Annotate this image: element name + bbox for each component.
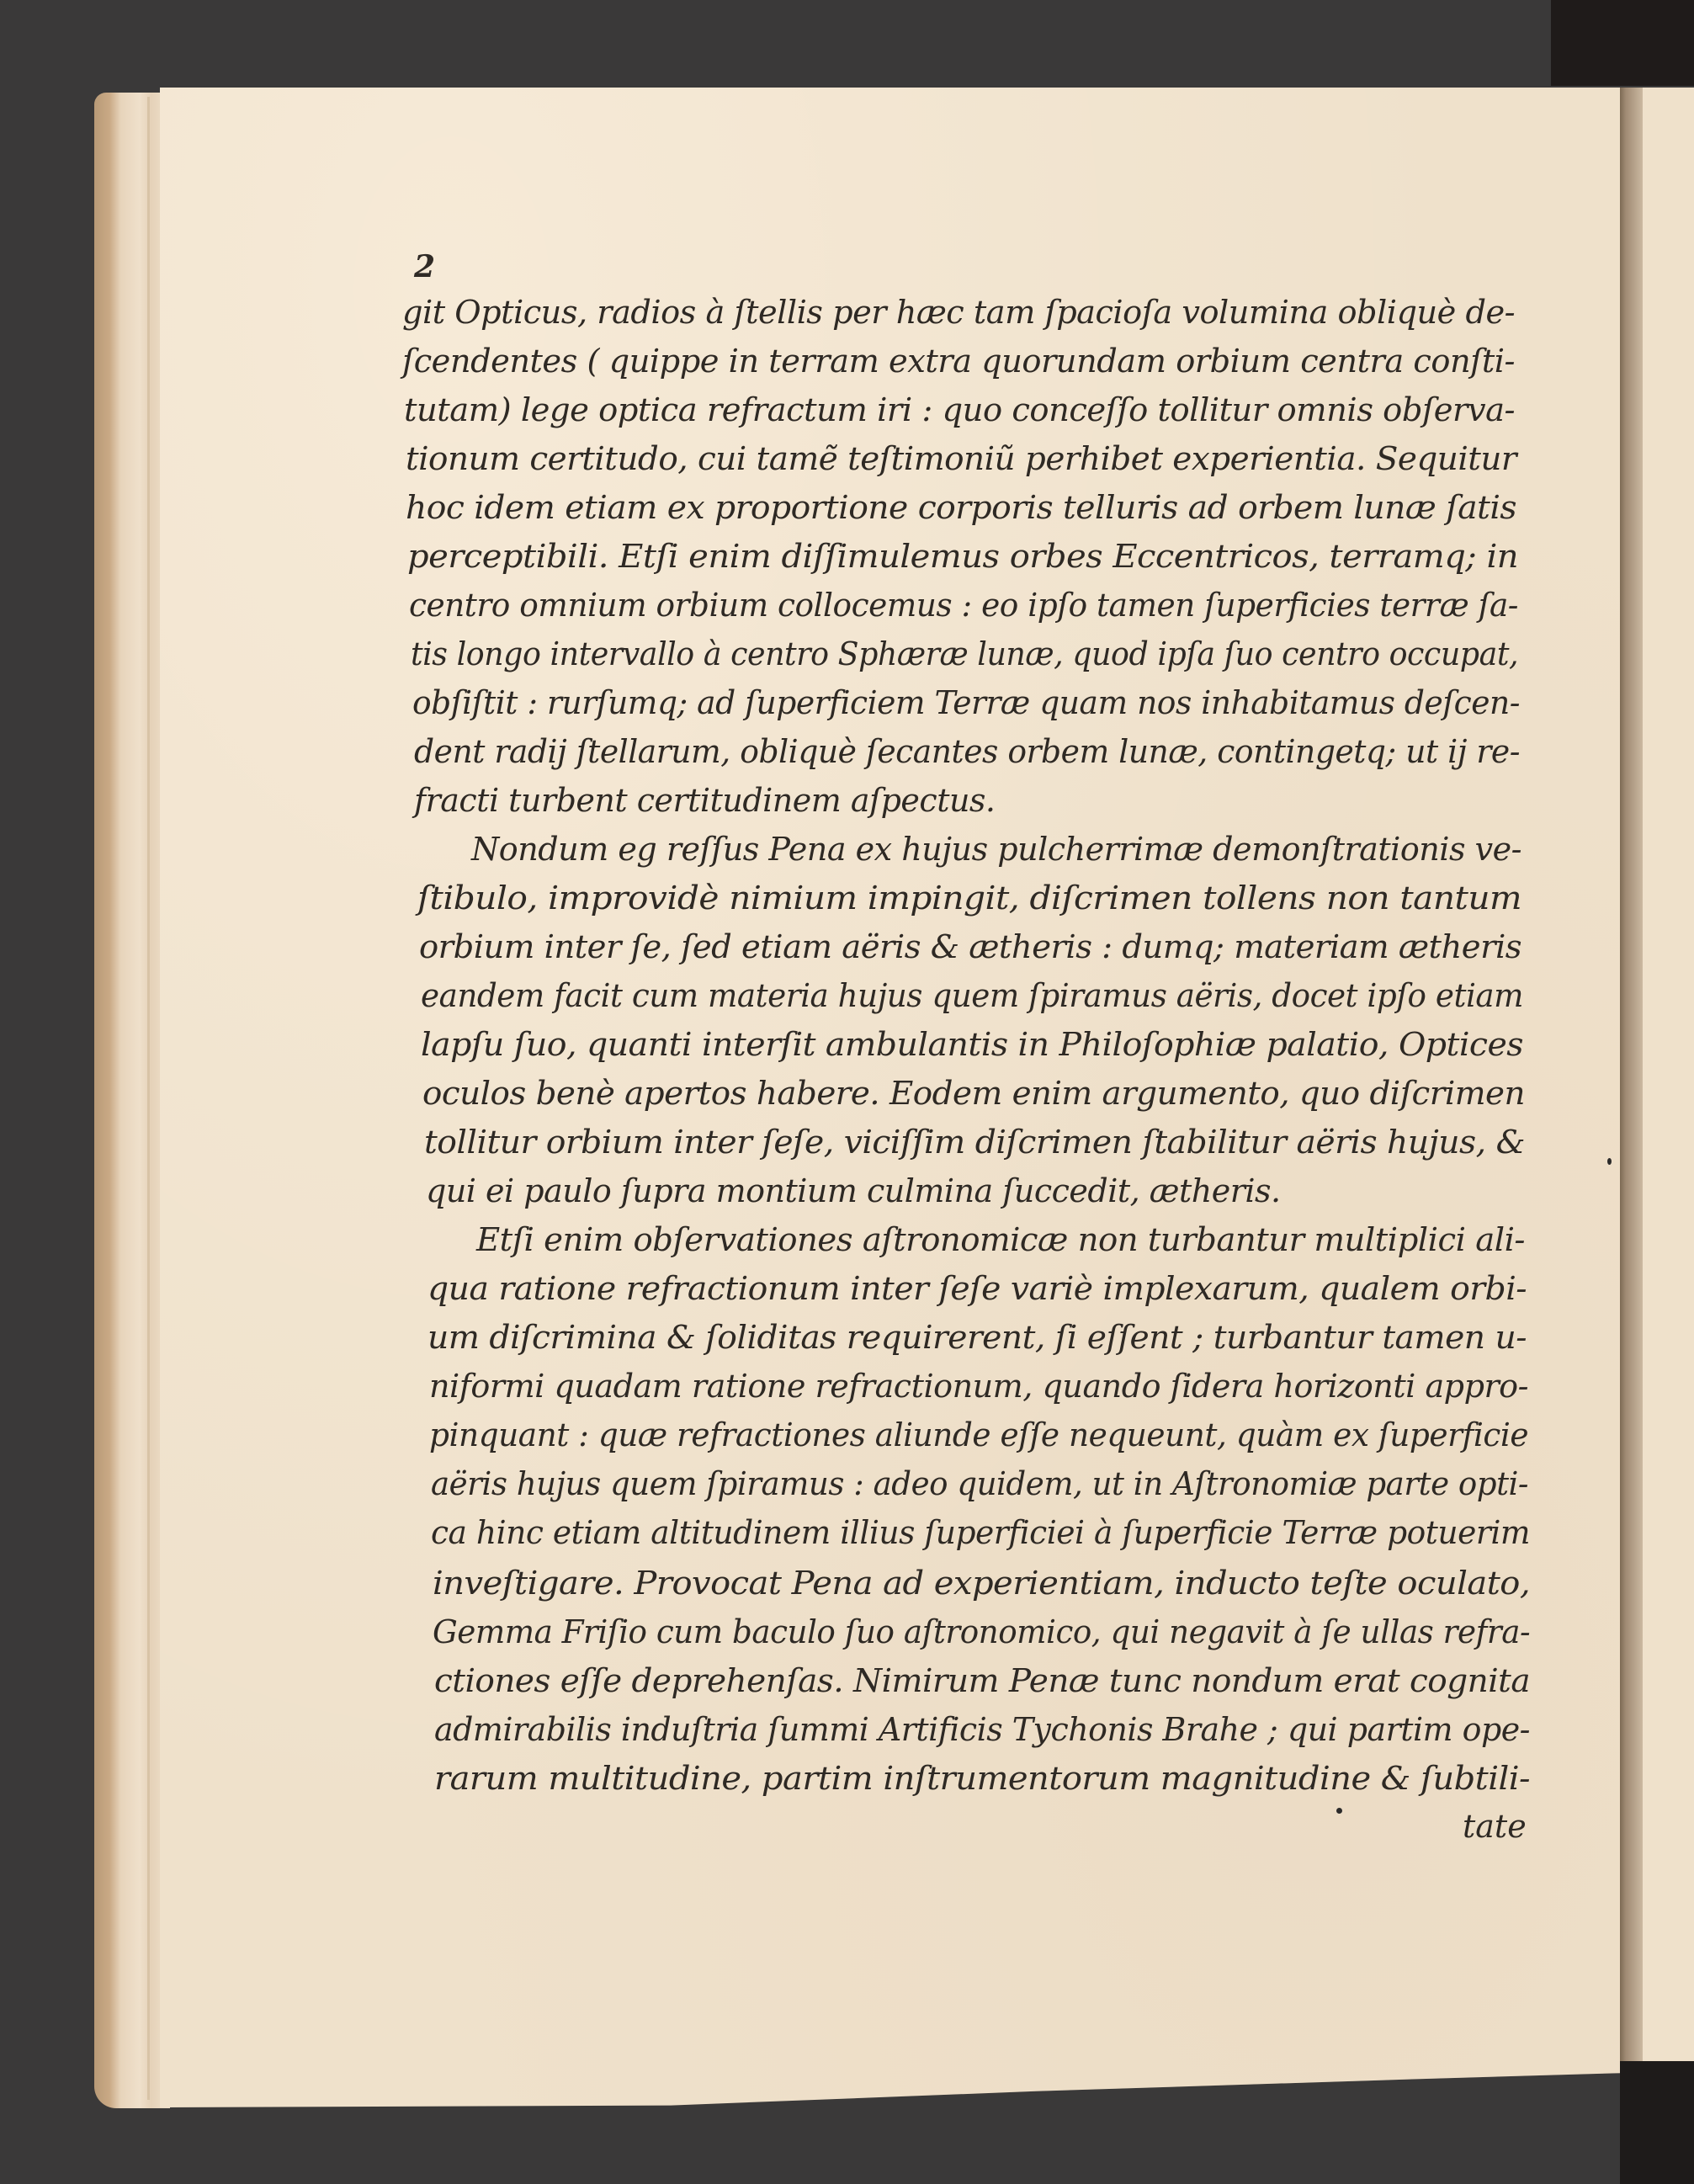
text-line: qui ei paulo ſupra montium culmina ſucce… [426, 1175, 1281, 1207]
text-line: ca hinc etiam altitudinem illius ſuperfi… [431, 1517, 1530, 1549]
text-line: niformi quadam ratione refractionum, qua… [429, 1370, 1528, 1402]
page-number: 2 [414, 249, 435, 284]
text-line: admirabilis induſtria ſummi Artificis Ty… [434, 1714, 1530, 1746]
catchword: tate [1463, 1808, 1527, 1845]
text-line: centro omnium orbium collocemus : eo ipſ… [409, 589, 1518, 621]
text-line: tionum certitudo, cui tamẽ teſtimoniũ pe… [406, 443, 1516, 475]
text-line: tutam) lege optica refractum iri : quo c… [404, 394, 1515, 426]
text-line: hoc idem etiam ex proportione corporis t… [406, 492, 1516, 523]
text-line: ſtibulo, improvidè nimium impingit, diſc… [417, 882, 1521, 914]
text-line: qua ratione refractionum inter ſeſe vari… [427, 1273, 1527, 1305]
text-line: ctiones eſſe deprehenſas. Nimirum Penæ t… [434, 1665, 1530, 1697]
text-line: tis longo intervallo à centro Sphæræ lun… [411, 638, 1518, 670]
book-gutter-shadow [1620, 88, 1644, 2061]
text-line: inveſtigare. Provocat Pena ad experienti… [433, 1567, 1530, 1599]
text-line: git Opticus, radios à ſtellis per hæc ta… [402, 296, 1515, 328]
text-line: eandem facit cum materia hujus quem ſpir… [421, 980, 1523, 1012]
text-line: ſcendentes ( quippe in terram extra quor… [402, 345, 1515, 377]
paragraph-start-line: Etſi enim obſervationes aſtronomicæ non … [476, 1224, 1525, 1256]
ink-speck [1336, 1808, 1342, 1814]
text-line: Gemma Friſio cum baculo ſuo aſtronomico,… [433, 1616, 1530, 1648]
text-line: orbium inter ſe, ſed etiam aëris & æther… [419, 931, 1521, 963]
background-dark-region [1551, 0, 1694, 86]
text-line: rarum multitudine, partim inſtrumentorum… [434, 1762, 1530, 1794]
text-line: um diſcrimina & ſoliditas requirerent, ſ… [427, 1321, 1527, 1353]
text-line: perceptibili. Etſi enim diſſimulemus orb… [407, 540, 1518, 572]
page-fore-edge-line [147, 97, 150, 2100]
text-line: obſiſtit : rurſumq; ad ſuperficiem Terræ… [412, 687, 1520, 719]
text-line: oculos benè apertos habere. Eodem enim a… [422, 1077, 1525, 1109]
text-line: dent radij ſtellarum, obliquè ſecantes o… [414, 736, 1520, 768]
paragraph-start-line: Nondum eg reſſus Pena ex hujus pulcherri… [471, 833, 1521, 865]
text-line: tollitur orbium inter ſeſe, viciſſim diſ… [424, 1126, 1525, 1158]
text-line: aëris hujus quem ſpiramus : adeo quidem,… [431, 1468, 1528, 1500]
adjacent-page-edge [1643, 88, 1694, 2061]
text-line: pinquant : quæ refractiones aliunde eſſe… [429, 1419, 1528, 1451]
ink-speck [1607, 1158, 1612, 1165]
page-stack-edge [94, 93, 170, 2108]
text-line: lapſu ſuo, quanti interſit ambulantis in… [421, 1028, 1523, 1060]
text-line: fracti turbent certitudinem aſpectus. [414, 784, 996, 816]
background-dark-region [1620, 2054, 1694, 2184]
